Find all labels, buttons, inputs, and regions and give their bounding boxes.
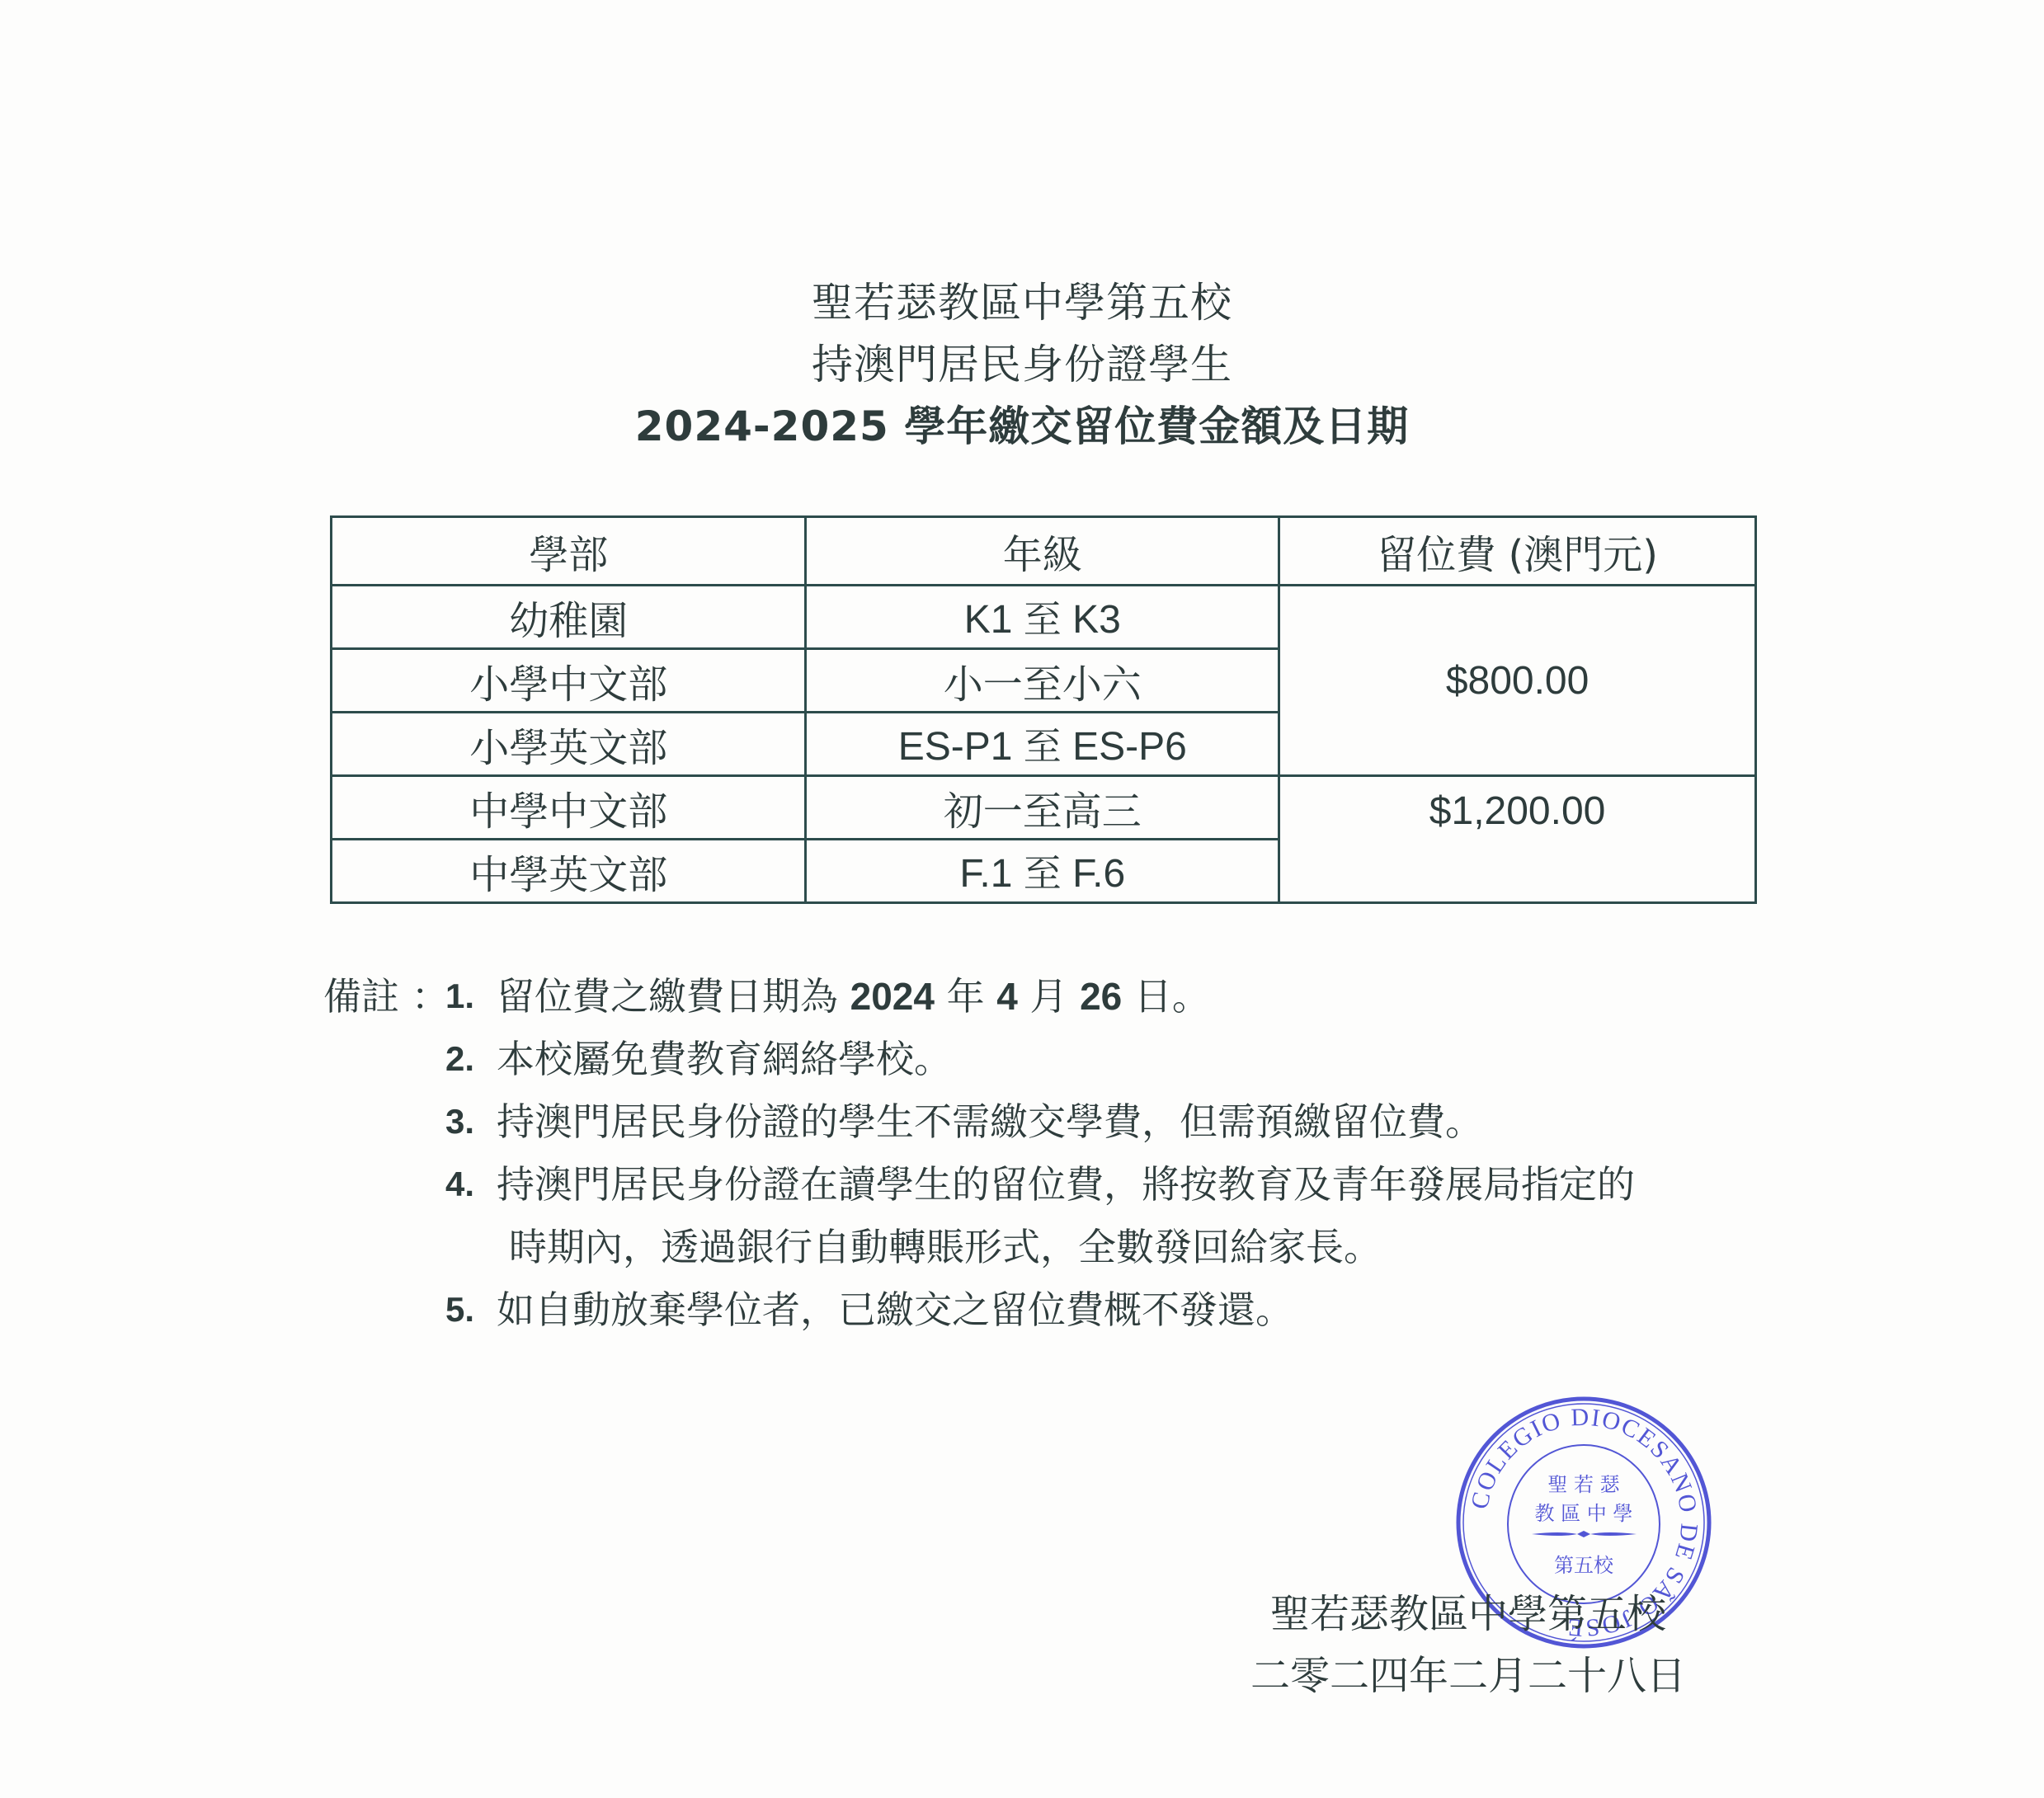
note-text: 持澳門居民身份證的學生不需繳交學費，但需預繳留位費。 (497, 1090, 1483, 1153)
note-text: 本校屬免費教育網絡學校。 (497, 1028, 952, 1090)
grade-separator: 至 (1024, 851, 1062, 896)
note-number: 2. (445, 1028, 497, 1090)
grade-cell: ES-P1 至 ES-P6 (806, 713, 1279, 776)
header-grade: 年級 (806, 517, 1279, 586)
document-title: 聖若瑟教區中學第五校 持澳門居民身份證學生 2024-2025 學年繳交留位費金… (0, 272, 2044, 458)
note-text: 時期內，透過銀行自動轉賬形式，全數發回給家長。 (509, 1216, 1382, 1278)
table-row: 幼稚園 K1 至 K3 $800.00 (332, 586, 1756, 649)
grade-cell: K1 至 K3 (806, 586, 1279, 649)
note-item: 備註 ： 1. 留位費之繳費日期為 2024 年 4 月 26 日。 (323, 965, 1635, 1028)
stamp-inner-line3: 第五校 (1554, 1554, 1614, 1577)
grade-from: K1 (964, 598, 1013, 642)
note-text: 持澳門居民身份證在讀學生的留位費，將按教育及青年發展局指定的 (497, 1153, 1635, 1216)
signature-school-name: 聖若瑟教區中學第五校 (1237, 1584, 1699, 1645)
note-continuation: 時期內，透過銀行自動轉賬形式，全數發回給家長。 (323, 1216, 1635, 1278)
signature-block: 聖若瑟教區中學第五校 二零二四年二月二十八日 (1237, 1584, 1699, 1707)
grade-cell: F.1 至 F.6 (806, 840, 1279, 903)
stamp-inner-line2: 教 區 中 學 (1535, 1502, 1633, 1525)
department-cell: 幼稚園 (332, 586, 806, 649)
note-item: 3. 持澳門居民身份證的學生不需繳交學費，但需預繳留位費。 (323, 1090, 1635, 1153)
grade-cell: 初一至高三 (806, 776, 1279, 840)
department-cell: 小學中文部 (332, 649, 806, 713)
note-item: 5. 如自動放棄學位者，已繳交之留位費概不發還。 (323, 1278, 1635, 1341)
note-number: 1. (445, 965, 497, 1028)
grade-to: K3 (1072, 598, 1121, 642)
school-name-heading: 聖若瑟教區中學第五校 (0, 272, 2044, 334)
department-cell: 中學英文部 (332, 840, 806, 903)
header-fee: 留位費 (澳門元) (1279, 517, 1756, 586)
header-department: 學部 (332, 517, 806, 586)
grade-separator: 至 (1024, 724, 1062, 769)
department-cell: 中學中文部 (332, 776, 806, 840)
grade-from: F.1 (959, 852, 1012, 896)
note-item: 2. 本校屬免費教育網絡學校。 (323, 1028, 1635, 1090)
grade-separator: 至 (1024, 597, 1062, 642)
note-number: 4. (445, 1153, 497, 1216)
grade-cell: 小一至小六 (806, 649, 1279, 713)
note-text: 留位費之繳費日期為 2024 年 4 月 26 日。 (497, 965, 1210, 1028)
note-number: 5. (445, 1278, 497, 1341)
notes-label: 備註 ： (323, 965, 445, 1028)
grade-to: ES-P6 (1072, 725, 1187, 769)
table-header-row: 學部 年級 留位費 (澳門元) (332, 517, 1756, 586)
fee-schedule-heading: 2024-2025 學年繳交留位費金額及日期 (0, 396, 2044, 458)
grade-from: ES-P1 (898, 725, 1013, 769)
notes-section: 備註 ： 1. 留位費之繳費日期為 2024 年 4 月 26 日。 2. 本校… (323, 965, 1635, 1341)
fee-cell-secondary: $1,200.00 (1279, 776, 1756, 903)
note-number: 3. (445, 1090, 497, 1153)
note-item: 4. 持澳門居民身份證在讀學生的留位費，將按教育及青年發展局指定的 (323, 1153, 1635, 1216)
fee-cell-primary: $800.00 (1279, 586, 1756, 776)
fee-table: 學部 年級 留位費 (澳門元) 幼稚園 K1 至 K3 $800.00 小學中文… (330, 515, 1757, 904)
table-row: 中學中文部 初一至高三 $1,200.00 (332, 776, 1756, 840)
department-cell: 小學英文部 (332, 713, 806, 776)
student-group-heading: 持澳門居民身份證學生 (0, 334, 2044, 396)
signature-date: 二零二四年二月二十八日 (1237, 1645, 1699, 1707)
note-text: 如自動放棄學位者，已繳交之留位費概不發還。 (497, 1278, 1293, 1341)
grade-to: F.6 (1072, 852, 1125, 896)
stamp-inner-line1: 聖 若 瑟 (1547, 1473, 1620, 1496)
